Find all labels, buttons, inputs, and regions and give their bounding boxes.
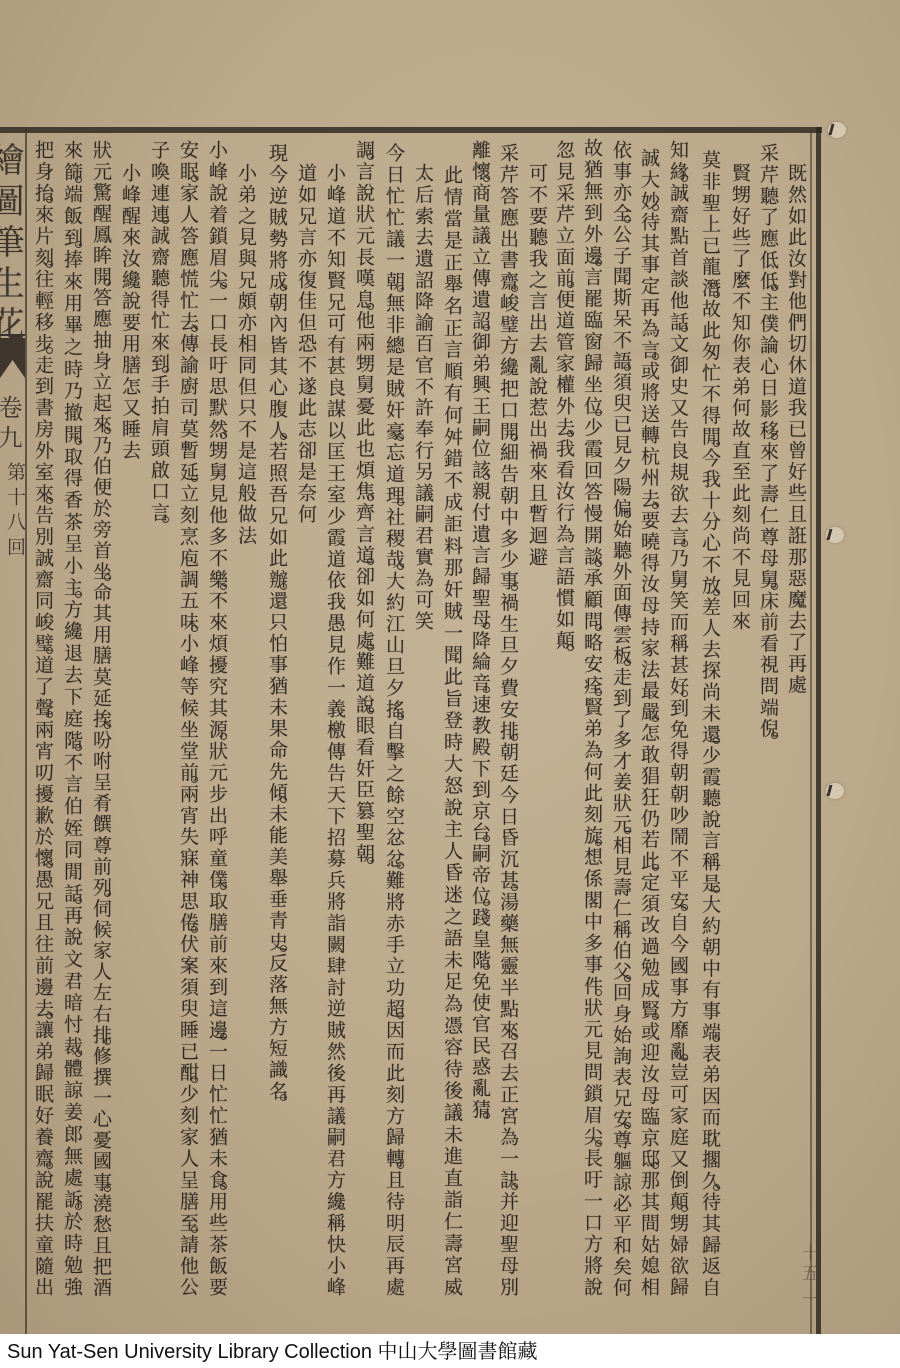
verse-column: 故猶無到外邊。言罷臨窗歸坐位。少霞回答慢開談。承顧問。略安痊。賢弟為何此刻旋。想… xyxy=(582,138,601,1298)
folio-sub-mark: 一 xyxy=(799,1290,816,1310)
prose-column: 小弟之見與兄頗亦相同但只不是這般做法 xyxy=(236,163,255,547)
verse-column: 誠大妙。待其事定再為言。或將送轉杭州去。要曉得汝母持家法最嚴。怎敢猖狂仍若此。定… xyxy=(639,148,658,1298)
book-title: 繪圖筆生花 xyxy=(0,142,21,347)
verse-column: 離懷。商量議立傳遺詔。御弟興王嗣位該。親付遺言歸聖母。降綸音。速教殿下到京台。嗣… xyxy=(470,140,489,1120)
verse-column: 忽見采芹立面前。便道管家權外去。我看汝行為言語慣如顛。 xyxy=(554,140,573,652)
volume-label: 卷九 xyxy=(0,395,20,455)
verse-column: 現今逆賊勢將成。朝內皆其心腹人。若照吾兄如此辦。還只怕事猶未果命先傾。未能美舉垂… xyxy=(267,143,286,1102)
binding-hole-icon xyxy=(828,122,846,138)
binding-hole-icon xyxy=(826,783,844,799)
banxin-divider-line xyxy=(25,127,27,1334)
verse-column: 依事亦全。公子聞斯呆不語。須臾已見夕陽偏。始聽外面傳雲板。走到了多才姜狀元。相見… xyxy=(611,140,630,1298)
fishtail-mark-icon xyxy=(0,338,25,378)
verse-column: 采芹答應出書齋。峻璧方纔把口開。細告朝中多少事。禍生旦夕費安排。朝廷今日昏沉甚。… xyxy=(498,143,517,1298)
frame-right-border xyxy=(816,127,821,1334)
verse-column: 今日忙忙議一朝。無非總是賊奸豪。忘道理。社稷哉。大約江山旦夕搖。自擊之餘空忿忿。… xyxy=(384,143,403,1298)
verse-column: 子喚連連。誠齋聽得忙來到。手拍肩頭啟口言。 xyxy=(149,140,168,524)
verse-column: 把身抬。來片刻。往輕移步。走到書房外室來。告別誠齋同峻璧。道了聲。兩宵叨擾歉於懷… xyxy=(33,140,52,1298)
collection-credit: Sun Yat-Sen University Library Collectio… xyxy=(7,1340,538,1364)
prose-column: 可不要聽我之言出去亂說惹出禍來且暫迴避 xyxy=(527,163,546,568)
prose-column: 道如兄言亦復佳但恐不遂此志卻是奈何 xyxy=(296,163,315,525)
banxin-strip: 繪圖筆生花 卷九 第十八回 xyxy=(0,134,25,1334)
verse-column: 安眠。家人答應慌忙去。傳諭廚司莫暫延。立刻烹庖調五味。小峰等候坐堂前。兩宵失寐神… xyxy=(178,140,197,1298)
verse-column: 莫非聖上已龍潛。故此匆忙不得閒。今我十分心不放。差人去探尚未還。少霞聽說言稱是。… xyxy=(700,150,719,1298)
banxin-rule xyxy=(0,334,25,336)
prose-column: 此情當是正舉名正言順有何舛錯不成詎料那奸賊一聞此旨登時大怒說主人昏迷之語未足為憑… xyxy=(442,165,461,1298)
folio-number: 十五 xyxy=(799,1244,816,1284)
verse-column: 狀元驚醒鳳眸開。答應抽身立起來。乃伯便於旁首坐。命其用膳莫延挨。吩咐呈肴饌尊前列… xyxy=(91,140,110,1298)
prose-column: 小峰道不知賢兄可有甚良謀以匡王室少霞道依我愚見作一義檄傳告天下招募兵將詣闕肆討逆… xyxy=(325,163,344,1298)
frame-top-border xyxy=(0,127,822,133)
prose-column: 賢甥好些了麼不知你表弟何故直至此刻尚不見回來 xyxy=(730,163,749,632)
footer-band: Sun Yat-Sen University Library Collectio… xyxy=(0,1334,900,1368)
prose-column: 小峰醒來汝纔說要用膳怎又睡去 xyxy=(120,163,139,461)
prose-column: 太后索去遺詔降諭百官不許奉行另議嗣君實為可笑 xyxy=(413,163,432,632)
frame-right-inner-line xyxy=(810,133,812,1334)
verse-column: 小峰說着鎖眉尖。一口長吁思默然。甥舅見他多不樂。不來煩擾究其源。狀元步出呼童僕。… xyxy=(207,140,226,1298)
binding-hole-icon xyxy=(826,527,844,543)
chapter-label: 第十八回 xyxy=(5,462,24,562)
verse-column: 調。言說狀元長嘆息。他兩甥舅憂此也煩焦。齊言道。卻如何處。難道說。眼看奸臣篡聖朝… xyxy=(354,140,373,865)
prose-column: 既然如此汝對他們切休道我已曾好些且誑那惡魔去了再處 xyxy=(786,163,805,696)
verse-column: 采芹聽了應低低。主僕論心日影移。來了壽仁尊母舅。床前看視問端倪。 xyxy=(758,143,777,740)
verse-column: 來篩。端飯到。捧來用畢之時乃撤開。取得香茶呈小主。方纔退去下庭階。不言伯姪同閒話… xyxy=(62,140,81,1299)
verse-column: 知緣。誠齋點首談他話。文御史又告良規欲去言。乃舅笑而稱甚好。到免得朝朝吵鬧不平安… xyxy=(668,140,687,1298)
